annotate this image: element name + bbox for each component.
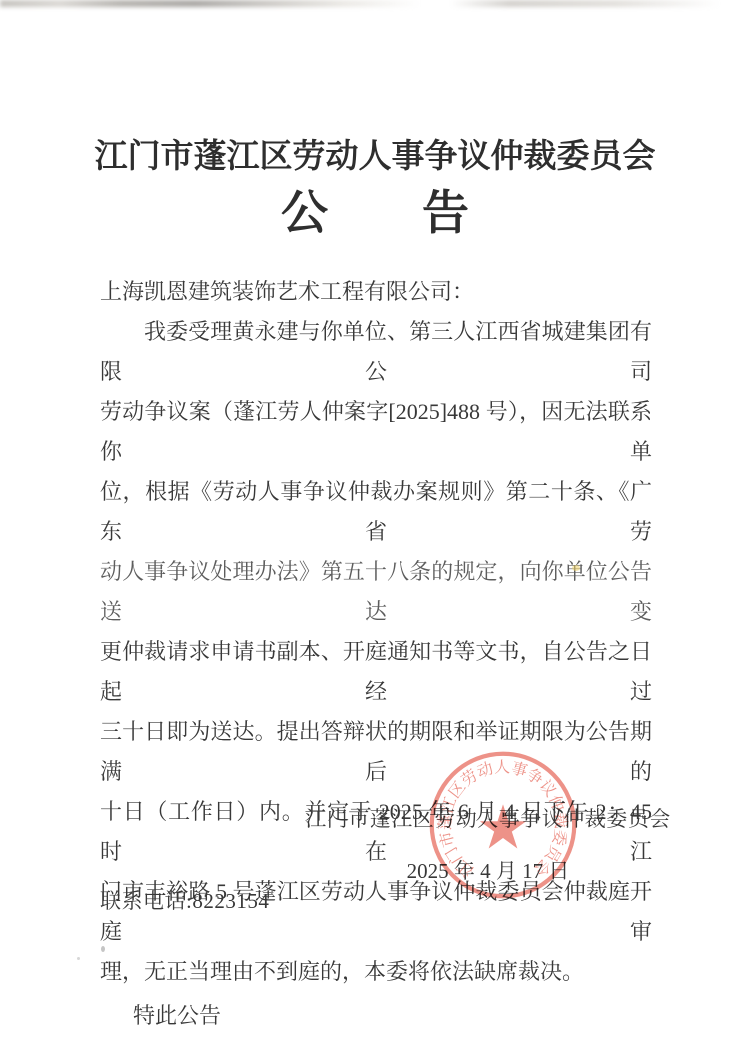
body-line: 三十日即为送达。提出答辩状的期限和举证期限为公告期满后的 — [100, 712, 652, 792]
body-line: 劳动争议案（蓬江劳人仲案字[2025]488 号），因无法联系你单 — [100, 392, 652, 472]
scan-artifact-speck — [101, 946, 105, 952]
signature-block: 江门市蓬江区劳动人事争议仲裁委员会 2025 年 4 月 17 日 — [278, 803, 698, 885]
addressee-line: 上海凯恩建筑装饰艺术工程有限公司： — [100, 272, 652, 312]
contact-phone: 联系电话:8223154 — [100, 885, 269, 915]
body-line: 更仲裁请求申请书副本、开庭通知书等文书，自公告之日起经过 — [100, 632, 652, 712]
closing-line: 特此公告 — [100, 996, 652, 1036]
org-title: 江门市蓬江区劳动人事争议仲裁委员会 — [0, 130, 750, 177]
scan-artifact-speck — [77, 957, 80, 960]
signature-org: 江门市蓬江区劳动人事争议仲裁委员会 — [278, 803, 698, 833]
scan-artifact-speck — [572, 565, 580, 571]
notice-body: 上海凯恩建筑装饰艺术工程有限公司： 我委受理黄永建与你单位、第三人江西省城建集团… — [100, 272, 652, 1036]
body-line: 我委受理黄永建与你单位、第三人江西省城建集团有限公司 — [100, 312, 652, 392]
body-line: 理，无正当理由不到庭的，本委将依法缺席裁决。 — [100, 952, 652, 992]
signature-date: 2025 年 4 月 17 日 — [278, 855, 698, 885]
notice-title: 公 告 — [0, 176, 750, 243]
scan-artifact-smudge — [0, 0, 750, 7]
body-line: 位，根据《劳动人事争议仲裁办案规则》第二十条、《广东省劳 — [100, 472, 652, 552]
document-page: 江门市蓬江区劳动人事争议仲裁委员会 公 告 上海凯恩建筑装饰艺术工程有限公司： … — [0, 0, 750, 1060]
body-line: 动人事争议处理办法》第五十八条的规定，向你单位公告送达变 — [100, 552, 652, 632]
